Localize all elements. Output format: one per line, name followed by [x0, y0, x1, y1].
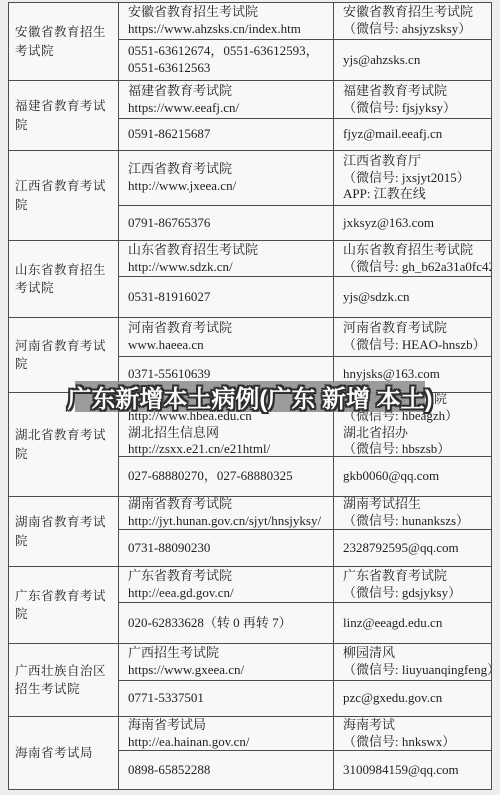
wechat-cell: 河南省教育考试院 （微信号: HEAO-hnszb） — [334, 318, 491, 357]
org-url: http://www.sdzk.cn/ — [128, 259, 327, 276]
email-address: jxksyz@163.com — [343, 215, 485, 232]
wechat-cell: 安徽省教育招生考试院 （微信号: ahsjyzsksy） — [334, 3, 491, 40]
org-website-cell: 海南省考试局 http://ea.hainan.gov.cn/ — [119, 717, 334, 751]
province-name: 湖南省教育考试院 — [15, 513, 112, 549]
org-name: 河南省教育考试院 — [128, 320, 327, 337]
phone-cell: 0791-86765376 — [119, 206, 334, 240]
phone-cell: 0898-65852288 — [119, 751, 334, 789]
phone-cell: 0591-86215687 — [119, 119, 334, 150]
headline-overlay-banner: 广东新增本土病例(广东 新增 本土) — [75, 381, 425, 412]
phone-cell: 027-68880270，027-68880325 — [119, 457, 334, 496]
org-name: 山东省教育招生考试院 — [128, 242, 327, 259]
phone-number: 0771-5337501 — [128, 690, 327, 707]
table-row: 湖南省教育考试院 湖南省教育考试院 http://jyt.hunan.gov.c… — [9, 497, 491, 567]
phone-number: 0791-86765376 — [128, 215, 327, 232]
phone-cell: 020-62833628（转 0 再转 7） — [119, 603, 334, 643]
province-cell: 江西省教育考试院 — [9, 151, 119, 240]
wechat-cell: 柳园清风 （微信号: liuyuanqingfeng） — [334, 644, 491, 681]
province-cell: 福建省教育考试院 — [9, 81, 119, 150]
province-name: 海南省考试局 — [15, 744, 112, 762]
wechat-account-name: 湖南考试招生 — [343, 497, 485, 513]
wechat-id: （微信号: ahsjyzsksy） — [343, 21, 485, 38]
org-name: 海南省考试局 — [128, 717, 327, 734]
email-cell: gkb0060@qq.com — [334, 457, 491, 496]
table-row: 广西壮族自治区招生考试院 广西招生考试院 https://www.gxeea.c… — [9, 644, 491, 717]
wechat-id: （微信号: jxsjyt2015） — [343, 170, 485, 187]
province-cell: 山东省教育招生考试院 — [9, 241, 119, 317]
phone-cell: 0731-88090230 — [119, 530, 334, 566]
headline-text: 广东新增本土病例(广东 新增 本土) — [67, 379, 432, 414]
table-row: 广东省教育考试院 广东省教育考试院 http://eea.gd.gov.cn/ … — [9, 567, 491, 644]
wechat-id: （微信号: hnkswx） — [343, 734, 485, 751]
wechat-id: （微信号: gh_b62a31a0fc42） — [343, 259, 485, 276]
email-cell: linz@eeagd.edu.cn — [334, 603, 491, 643]
org-name: 福建省教育考试院 — [128, 83, 327, 100]
org-url: https://www.eeafj.cn/ — [128, 100, 327, 117]
email-cell: 2328792595@qq.com — [334, 530, 491, 566]
org-website-cell: 福建省教育考试院 https://www.eeafj.cn/ — [119, 81, 334, 119]
province-name: 江西省教育考试院 — [15, 177, 112, 213]
phone-cell: 0531-81916027 — [119, 277, 334, 317]
org-url: http://eea.gd.gov.cn/ — [128, 585, 327, 602]
email-address: gkb0060@qq.com — [343, 468, 485, 485]
org-name: 广东省教育考试院 — [128, 568, 327, 585]
org-name-2: 湖北招生信息网 — [128, 425, 327, 442]
email-address: pzc@gxedu.gov.cn — [343, 690, 485, 707]
org-website-cell: 广西招生考试院 https://www.gxeea.cn/ — [119, 644, 334, 681]
wechat-cell: 福建省教育考试院 （微信号: fjsjyksy） — [334, 81, 491, 119]
org-url: http://ea.hainan.gov.cn/ — [128, 734, 327, 751]
app-name: APP: 江教在线 — [343, 186, 485, 203]
email-cell: yjs@ahzsks.cn — [334, 40, 491, 80]
wechat-account-name: 山东省教育招生考试院 — [343, 242, 485, 259]
wechat-account-name: 广东省教育考试院 — [343, 568, 485, 585]
table-row: 江西省教育考试院 江西省教育考试院 http://www.jxeea.cn/ 江… — [9, 151, 491, 241]
email-cell: yjs@sdzk.cn — [334, 277, 491, 317]
org-website-cell: 山东省教育招生考试院 http://www.sdzk.cn/ — [119, 241, 334, 277]
wechat-account-name: 河南省教育考试院 — [343, 320, 485, 337]
org-website-cell: 湖南省教育考试院 http://jyt.hunan.gov.cn/sjyt/hn… — [119, 497, 334, 530]
phone-number: 0591-86215687 — [128, 126, 327, 143]
province-cell: 广西壮族自治区招生考试院 — [9, 644, 119, 716]
phone-number: 0531-81916027 — [128, 289, 327, 306]
org-name: 湖南省教育考试院 — [128, 497, 327, 513]
email-address: yjs@ahzsks.cn — [343, 52, 485, 69]
wechat-cell: 山东省教育招生考试院 （微信号: gh_b62a31a0fc42） — [334, 241, 491, 277]
table-row: 海南省考试局 海南省考试局 http://ea.hainan.gov.cn/ 海… — [9, 717, 491, 789]
org-website-cell: 广东省教育考试院 http://eea.gd.gov.cn/ — [119, 567, 334, 603]
email-address: yjs@sdzk.cn — [343, 289, 485, 306]
province-name: 安徽省教育招生考试院 — [15, 23, 112, 59]
phone-number: 0898-65852288 — [128, 762, 327, 779]
email-cell: pzc@gxedu.gov.cn — [334, 681, 491, 716]
wechat-id-2: （微信号: hbszsb） — [343, 441, 485, 457]
org-url: http://jyt.hunan.gov.cn/sjyt/hnsjyksy/ — [128, 513, 327, 530]
email-address: linz@eeagd.edu.cn — [343, 615, 485, 632]
org-name: 广西招生考试院 — [128, 645, 327, 662]
province-cell: 广东省教育考试院 — [9, 567, 119, 643]
email-address: 3100984159@qq.com — [343, 762, 485, 779]
phone-cell: 0771-5337501 — [119, 681, 334, 716]
province-name: 福建省教育考试院 — [15, 97, 112, 133]
email-address: fjyz@mail.eeafj.cn — [343, 126, 485, 143]
wechat-id: （微信号: fjsjyksy） — [343, 100, 485, 117]
wechat-account-name: 海南考试 — [343, 717, 485, 734]
wechat-id: （微信号: hunankszs） — [343, 513, 485, 530]
wechat-cell: 海南考试 （微信号: hnkswx） — [334, 717, 491, 751]
email-cell: 3100984159@qq.com — [334, 751, 491, 789]
wechat-id: （微信号: gdsjyksy） — [343, 585, 485, 602]
org-website-cell: 安徽省教育招生考试院 https://www.ahzsks.cn/index.h… — [119, 3, 334, 40]
phone-cell: 0551-63612674，0551-63612593，0551-6361256… — [119, 40, 334, 80]
org-url: https://www.gxeea.cn/ — [128, 662, 327, 679]
province-name: 湖北省教育考试院 — [15, 426, 112, 462]
phone-number: 020-62833628（转 0 再转 7） — [128, 615, 327, 632]
org-website-cell: 河南省教育考试院 www.haeea.cn — [119, 318, 334, 357]
wechat-cell: 广东省教育考试院 （微信号: gdsjyksy） — [334, 567, 491, 603]
table-row: 山东省教育招生考试院 山东省教育招生考试院 http://www.sdzk.cn… — [9, 241, 491, 318]
province-name: 广西壮族自治区招生考试院 — [15, 662, 112, 698]
table-row: 安徽省教育招生考试院 安徽省教育招生考试院 https://www.ahzsks… — [9, 3, 491, 81]
wechat-account-name: 安徽省教育招生考试院 — [343, 4, 485, 21]
email-cell: fjyz@mail.eeafj.cn — [334, 119, 491, 150]
table-row: 福建省教育考试院 福建省教育考试院 https://www.eeafj.cn/ … — [9, 81, 491, 151]
province-cell: 湖南省教育考试院 — [9, 497, 119, 566]
wechat-account-name: 江西省教育厅 — [343, 153, 485, 170]
email-cell: jxksyz@163.com — [334, 206, 491, 240]
phone-number: 0731-88090230 — [128, 540, 327, 557]
wechat-account-name-2: 湖北省招办 — [343, 425, 485, 442]
org-url-2: http://zsxx.e21.cn/e21html/ — [128, 441, 327, 457]
wechat-id: （微信号: HEAO-hnszb） — [343, 337, 485, 354]
wechat-account-name: 福建省教育考试院 — [343, 83, 485, 100]
wechat-id: （微信号: liuyuanqingfeng） — [343, 662, 485, 679]
email-address: 2328792595@qq.com — [343, 540, 485, 557]
wechat-cell: 湖南考试招生 （微信号: hunankszs） — [334, 497, 491, 530]
phone-number: 0551-63612674，0551-63612593，0551-6361256… — [128, 43, 327, 77]
org-url: www.haeea.cn — [128, 337, 327, 354]
province-cell: 安徽省教育招生考试院 — [9, 3, 119, 80]
org-name: 安徽省教育招生考试院 — [128, 4, 327, 21]
org-url: http://www.jxeea.cn/ — [128, 178, 327, 195]
province-cell: 海南省考试局 — [9, 717, 119, 789]
org-website-cell: 江西省教育考试院 http://www.jxeea.cn/ — [119, 151, 334, 206]
org-name: 江西省教育考试院 — [128, 161, 327, 178]
page: 安徽省教育招生考试院 安徽省教育招生考试院 https://www.ahzsks… — [0, 0, 500, 795]
province-name: 河南省教育考试院 — [15, 337, 112, 373]
wechat-cell: 江西省教育厅 （微信号: jxsjyt2015） APP: 江教在线 — [334, 151, 491, 206]
org-url: https://www.ahzsks.cn/index.htm — [128, 21, 327, 38]
wechat-account-name: 柳园清风 — [343, 645, 485, 662]
province-name: 山东省教育招生考试院 — [15, 261, 112, 297]
province-name: 广东省教育考试院 — [15, 587, 112, 623]
phone-number: 027-68880270，027-68880325 — [128, 468, 327, 485]
